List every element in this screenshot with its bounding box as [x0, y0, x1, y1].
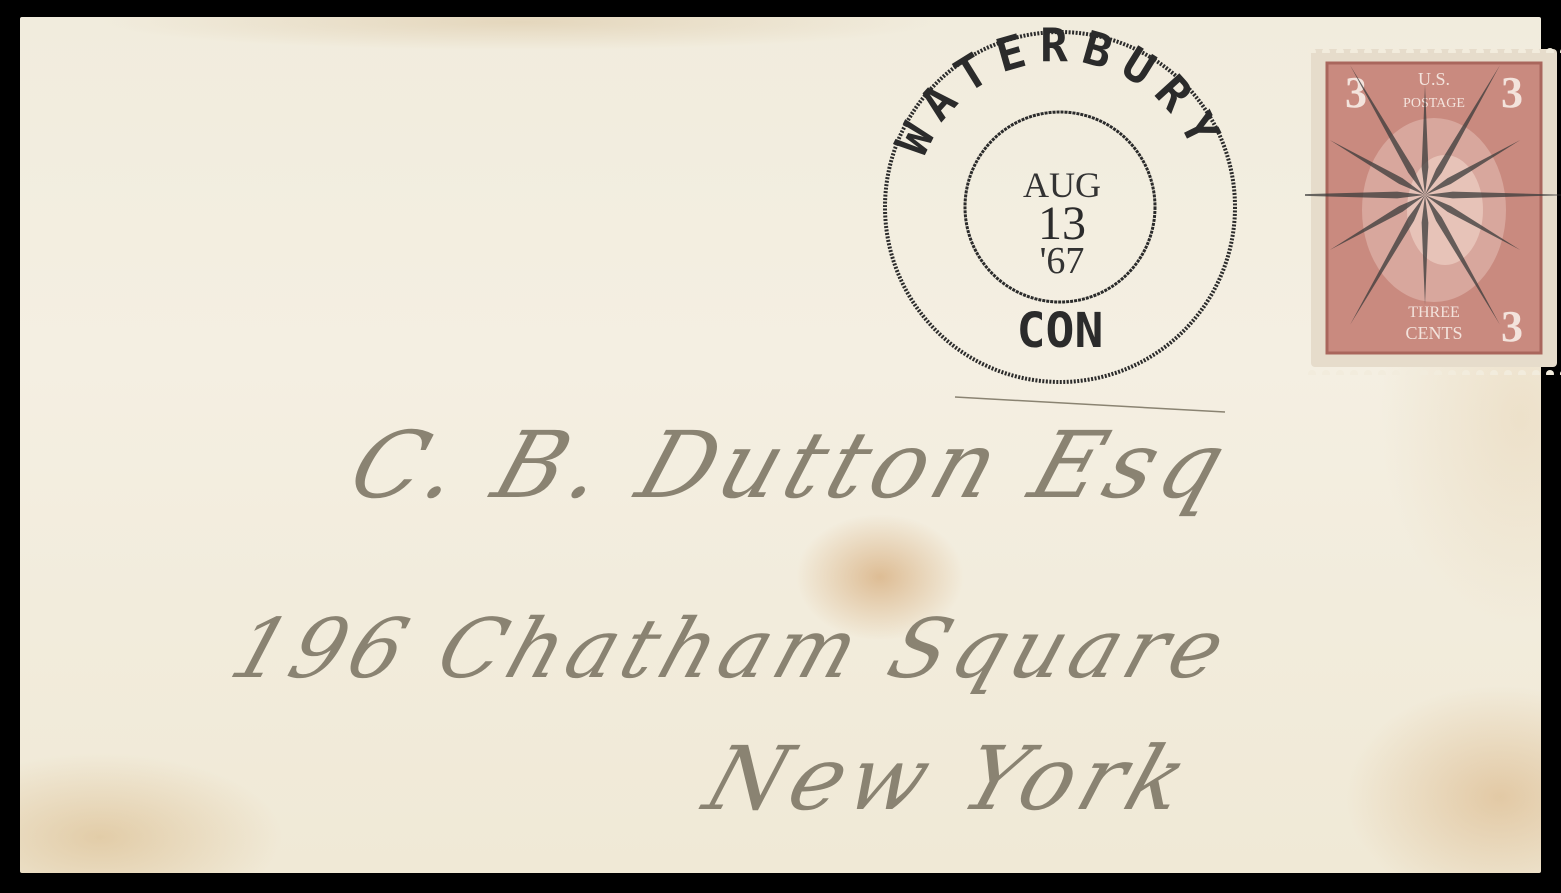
envelope: WATERBURY CON AUG 13 '67 3 3 3 U.S. P	[20, 17, 1541, 873]
svg-text:3: 3	[1501, 68, 1523, 117]
postage-stamp: 3 3 3 U.S. POSTAGE THREE CENTS	[1305, 45, 1561, 375]
postmark-town: WATERBURY	[884, 19, 1235, 164]
address-line-city: New York	[693, 727, 1206, 830]
svg-text:CENTS: CENTS	[1405, 323, 1462, 343]
svg-text:U.S.: U.S.	[1418, 69, 1450, 89]
address-line-street: 196 Chatham Square	[220, 602, 1242, 697]
postmark-state: CON	[1017, 303, 1104, 359]
svg-text:3: 3	[1501, 302, 1523, 351]
svg-text:WATERBURY: WATERBURY	[884, 19, 1235, 164]
address-line-name: C. B. Dutton Esq	[338, 412, 1245, 519]
svg-text:POSTAGE: POSTAGE	[1403, 96, 1465, 111]
postmark-year: '67	[1040, 240, 1085, 282]
svg-text:THREE: THREE	[1408, 304, 1460, 321]
